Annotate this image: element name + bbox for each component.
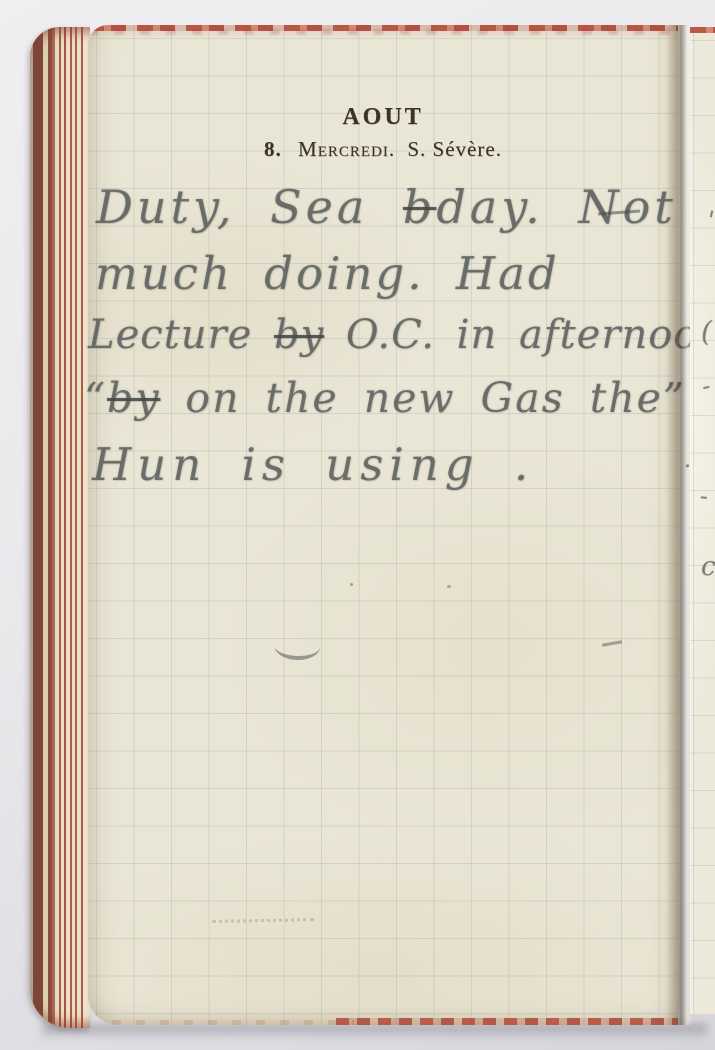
handwriting-fragment: .	[684, 448, 691, 473]
handwritten-segment: much doing. Had	[95, 247, 560, 300]
pencil-dot-mark	[350, 583, 353, 586]
handwriting-fragment: c	[701, 552, 715, 582]
graph-paper-grid	[690, 27, 715, 1014]
handwritten-segment: O.C. in afternoon	[324, 312, 715, 358]
graph-paper-grid	[88, 25, 678, 1025]
page-stack-edges	[30, 27, 90, 1028]
book-gutter-fold	[666, 25, 692, 1025]
red-edge-bleed	[88, 29, 678, 35]
handwritten-segment: on the new Gas the”	[160, 374, 686, 422]
weekday-name: Mercredi.	[298, 137, 395, 161]
handwritten-segment: Lecture	[88, 312, 274, 358]
printed-header: AOUT 8. Mercredi. S. Sévère.	[88, 104, 678, 162]
handwritten-line: Hun is using .	[92, 438, 534, 491]
diary-page	[88, 25, 678, 1025]
day-number: 8.	[264, 137, 282, 161]
handwritten-segment: day. Not	[436, 180, 676, 234]
handwritten-line: much doing. Had	[95, 247, 560, 300]
handwriting-fragment: (	[701, 315, 712, 348]
handwritten-segment: b	[403, 180, 436, 234]
handwritten-segment: “	[84, 374, 107, 422]
saint-name: S. Sévère.	[407, 137, 502, 161]
diary-photo: AOUT 8. Mercredi. S. Sévère. Duty, Sea b…	[0, 0, 715, 1050]
red-page-edge-bottom-left	[88, 1020, 354, 1025]
month-title: AOUT	[88, 104, 678, 131]
book-shadow	[42, 1024, 707, 1040]
date-line: 8. Mercredi. S. Sévère.	[88, 137, 678, 162]
handwritten-line: “by on the new Gas the”	[84, 374, 686, 422]
red-page-edge-top	[690, 27, 715, 33]
red-page-edge-bottom-right	[336, 1018, 678, 1025]
handwritten-segment: by	[274, 312, 324, 358]
handwritten-segment: by	[107, 374, 160, 422]
handwritten-line: Duty, Sea bday. Not	[96, 180, 677, 234]
handwritten-line: Lecture by O.C. in afternoon	[88, 312, 715, 358]
handwritten-segment: Hun is using .	[92, 438, 534, 491]
handwritten-segment: Duty, Sea	[96, 180, 403, 234]
pencil-dot-mark	[447, 585, 451, 588]
next-page-sliver	[690, 27, 715, 1014]
